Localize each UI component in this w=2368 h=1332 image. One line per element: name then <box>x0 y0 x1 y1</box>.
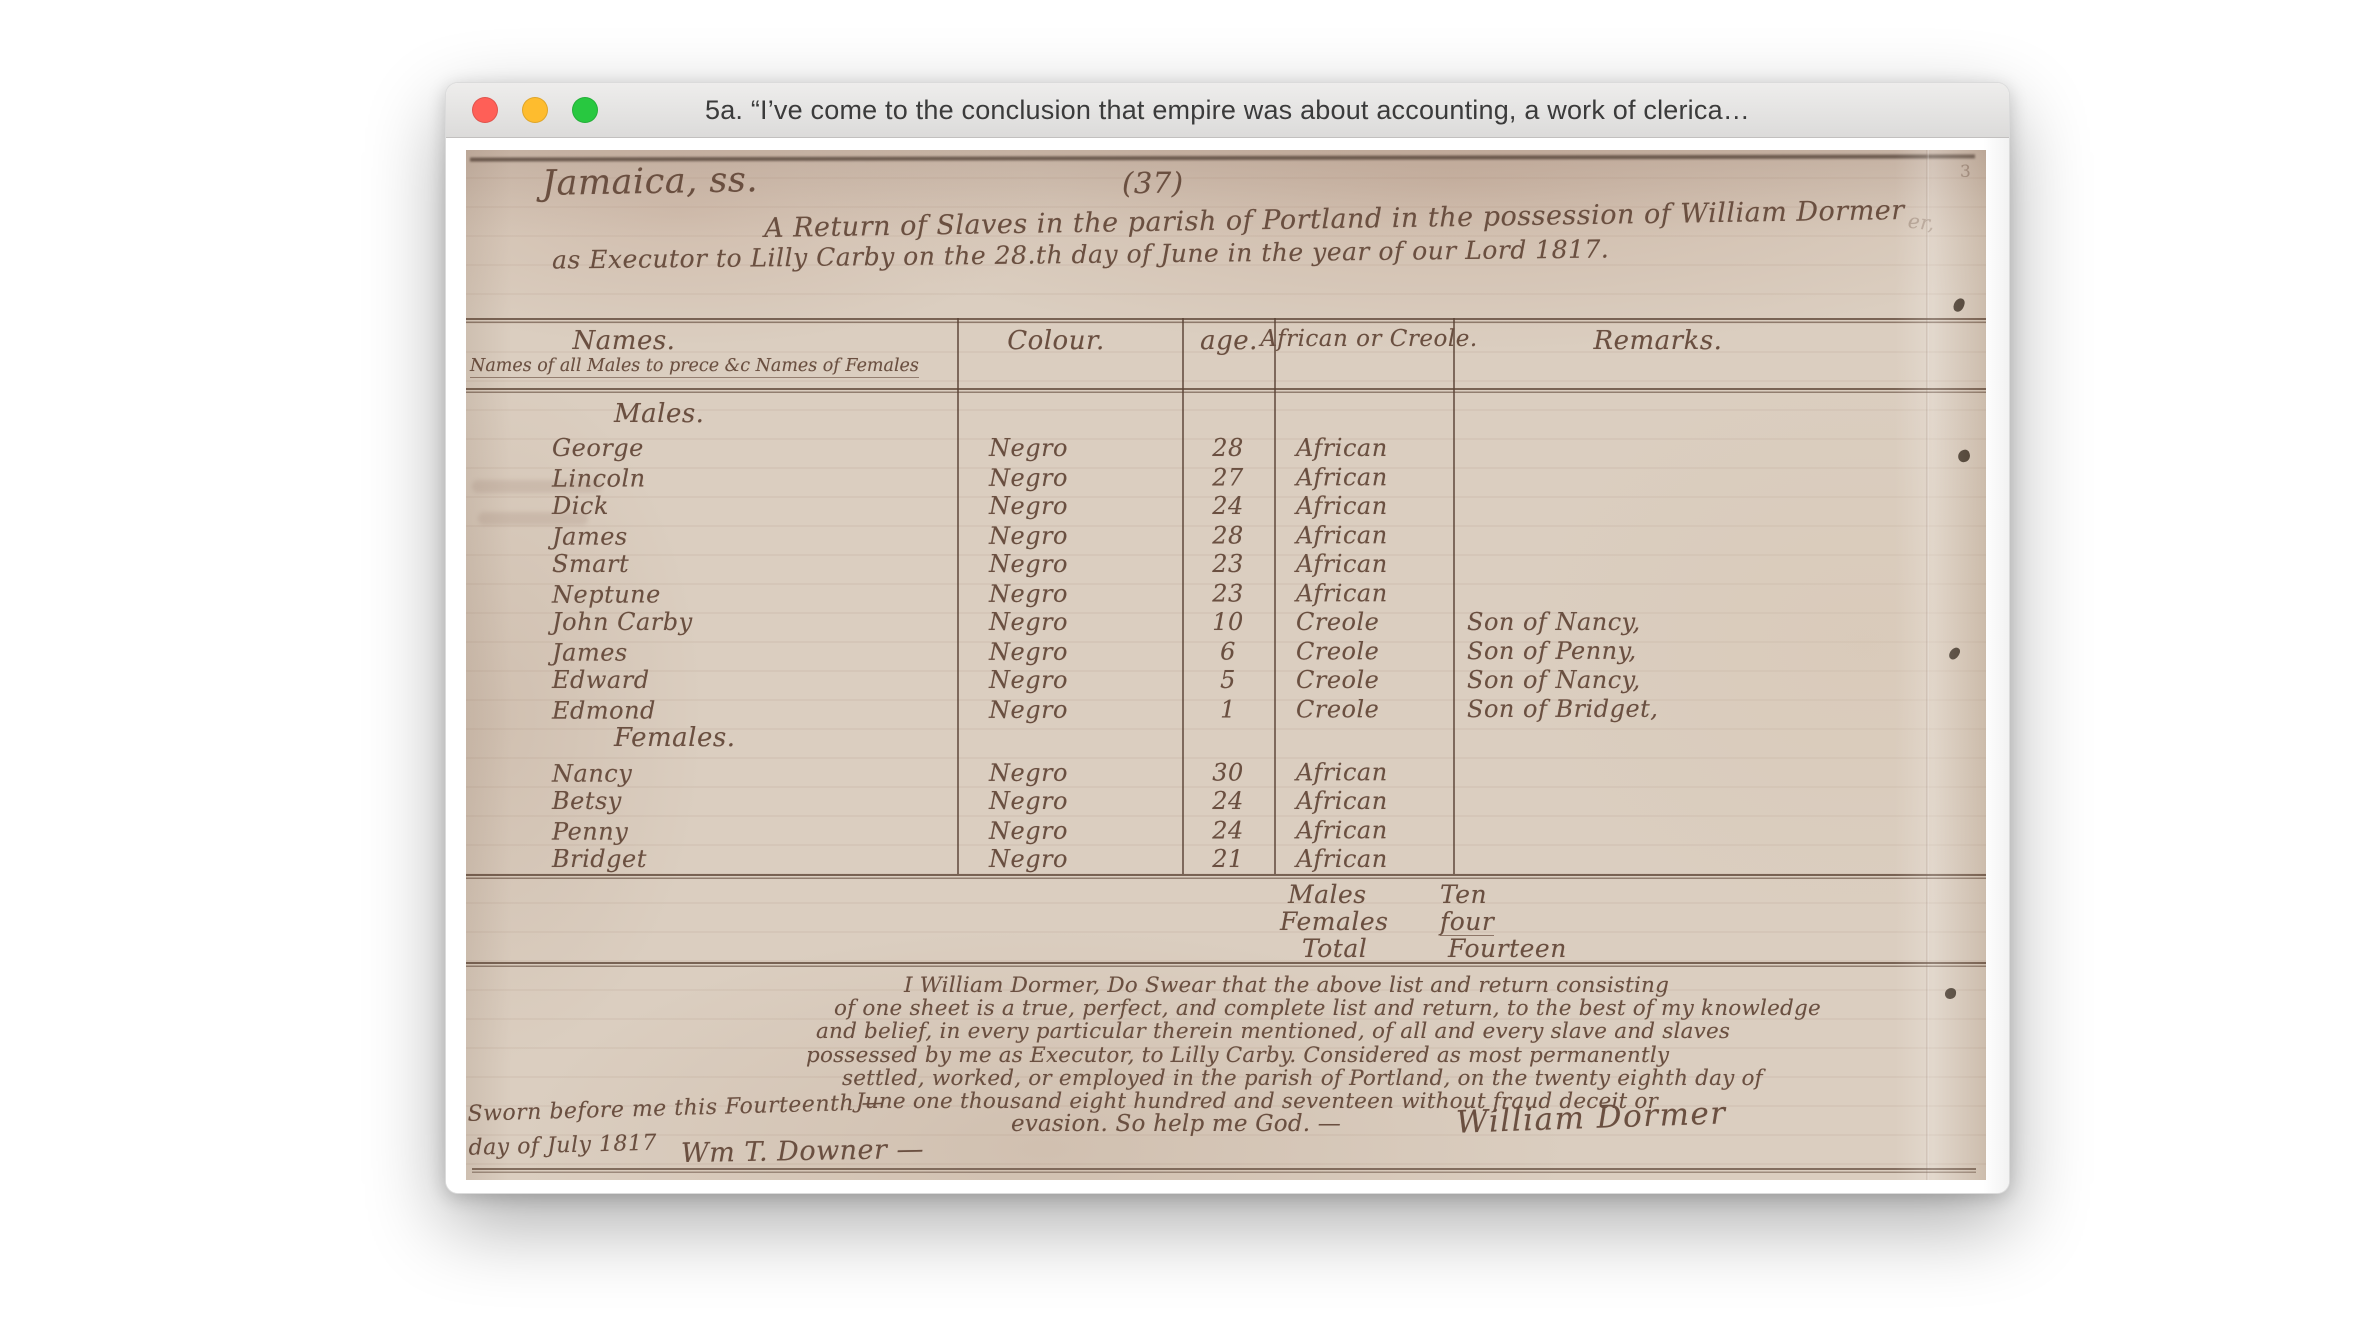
row-remarks: Son of Nancy, <box>1453 666 1986 695</box>
row-name: Smart <box>466 550 957 579</box>
return-title-line1: A Return of Slaves in the parish of Port… <box>764 195 1905 244</box>
zoom-button[interactable] <box>572 97 598 123</box>
row-remarks: Son of Bridget, <box>1453 694 1986 724</box>
table-row: JamesNegro6CreoleSon of Penny, <box>466 636 1986 668</box>
table-row: NeptuneNegro23African <box>466 578 1986 610</box>
binding-ink-mark <box>1957 449 1972 464</box>
row-age: 28 <box>1182 521 1274 550</box>
row-origin: African <box>1274 845 1453 874</box>
deponent-signature: William Dormer <box>1455 1095 1727 1140</box>
row-name: James <box>466 638 957 668</box>
row-remarks <box>1453 815 1986 845</box>
row-colour: Negro <box>957 492 1182 521</box>
document-viewer-window: 5a. “I’ve come to the conclusion that em… <box>445 82 2010 1194</box>
row-colour: Negro <box>957 787 1182 816</box>
row-name: Dick <box>466 492 957 521</box>
bleedthrough-smudge <box>478 512 588 525</box>
row-age: 23 <box>1182 550 1274 579</box>
section-label: Males. <box>466 400 1986 428</box>
column-header-colour: Colour. <box>1007 326 1105 356</box>
table-row: BridgetNegro21African <box>466 845 1986 874</box>
row-age: 5 <box>1182 666 1274 695</box>
row-name: Edward <box>466 666 957 695</box>
names-order-note: Names of all Males to prece &c Names of … <box>470 356 919 378</box>
row-origin: African <box>1274 521 1453 550</box>
desktop-background: 5a. “I’ve come to the conclusion that em… <box>0 0 2368 1332</box>
row-origin: African <box>1274 579 1453 608</box>
table-row: LincolnNegro27African <box>466 462 1986 494</box>
sworn-before-line2: day of July 1817 <box>468 1124 885 1161</box>
oath-line: June one thousand eight hundred and seve… <box>856 1090 1986 1113</box>
row-origin: African <box>1274 434 1453 463</box>
row-remarks <box>1453 434 1986 463</box>
table-row: JamesNegro28African <box>466 520 1986 552</box>
row-age: 24 <box>1182 492 1274 521</box>
row-name: George <box>466 434 957 463</box>
summary-rule-bottom <box>466 962 1986 968</box>
summary-value: four <box>1440 909 1494 937</box>
attestation-block: Sworn before me this Fourteenth — day of… <box>467 1090 885 1161</box>
row-name: Nancy <box>466 759 957 789</box>
row-age: 27 <box>1182 463 1274 492</box>
summary-block: MalesTenFemalesfourTotalFourteen <box>1288 882 1567 963</box>
row-colour: Negro <box>957 696 1182 725</box>
column-header-age: age. <box>1200 326 1258 356</box>
summary-row: MalesTen <box>1288 882 1567 909</box>
summary-value: Ten <box>1440 882 1487 909</box>
binding-ink-mark <box>1947 646 1961 662</box>
column-header-names: Names. <box>573 326 676 356</box>
row-colour: Negro <box>957 666 1182 695</box>
row-colour: Negro <box>957 434 1182 463</box>
binding-ink-mark <box>1945 988 1957 1000</box>
scanned-document-page: er, 3 Jamaica, ss. (37) A Return of Slav… <box>466 150 1986 1180</box>
row-remarks <box>1453 520 1986 550</box>
minimize-button[interactable] <box>522 97 548 123</box>
oath-line: of one sheet is a true, perfect, and com… <box>834 997 1986 1020</box>
row-origin: Creole <box>1274 608 1453 637</box>
row-origin: African <box>1274 492 1453 521</box>
row-remarks <box>1453 550 1986 579</box>
page-bottom-rule <box>472 1168 1976 1174</box>
oath-line: settled, worked, or employed in the pari… <box>842 1067 1986 1090</box>
paper-crease <box>1926 150 1929 1180</box>
row-origin: African <box>1274 787 1453 816</box>
row-name: Penny <box>466 817 957 847</box>
row-origin: Creole <box>1274 637 1453 666</box>
row-name: Bridget <box>466 845 957 874</box>
column-header-origin: African or Creole. <box>1260 326 1477 352</box>
row-age: 24 <box>1182 787 1274 816</box>
scan-edge-line <box>470 154 1975 161</box>
summary-label: Males <box>1288 882 1440 909</box>
row-name: John Carby <box>466 608 957 637</box>
section-label: Females. <box>466 724 1986 752</box>
row-origin: African <box>1274 816 1453 845</box>
row-colour: Negro <box>957 522 1182 551</box>
table-row: DickNegro24African <box>466 492 1986 521</box>
row-colour: Negro <box>957 638 1182 667</box>
row-remarks <box>1453 492 1986 521</box>
table-row: EdwardNegro5CreoleSon of Nancy, <box>466 666 1986 695</box>
row-colour: Negro <box>957 580 1182 609</box>
row-age: 10 <box>1182 608 1274 637</box>
summary-label: Females <box>1280 909 1440 937</box>
row-remarks <box>1453 462 1986 492</box>
row-colour: Negro <box>957 817 1182 846</box>
table-row: John CarbyNegro10CreoleSon of Nancy, <box>466 608 1986 637</box>
window-content: er, 3 Jamaica, ss. (37) A Return of Slav… <box>446 138 2009 1193</box>
oath-paragraph: I William Dormer, Do Swear that the abov… <box>466 974 1986 1136</box>
row-remarks <box>1453 578 1986 608</box>
column-header-remarks: Remarks. <box>1594 326 1723 356</box>
column-divider <box>1453 318 1455 874</box>
window-title: 5a. “I’ve come to the conclusion that em… <box>446 95 2009 126</box>
column-divider <box>1182 318 1184 874</box>
bleedthrough-text: er, <box>1907 209 1936 236</box>
witness-signature: Wm T. Downer — <box>681 1134 925 1169</box>
bleedthrough-smudge <box>472 480 602 493</box>
paper-top-stain <box>466 150 1986 238</box>
binding-ink-mark <box>1952 297 1966 314</box>
row-age: 30 <box>1182 758 1274 787</box>
row-name: Edmond <box>466 696 957 726</box>
row-origin: African <box>1274 550 1453 579</box>
row-name: Lincoln <box>466 464 957 494</box>
return-title-line2: as Executor to Lilly Carby on the 28.th … <box>552 234 1610 274</box>
table-row: EdmondNegro1CreoleSon of Bridget, <box>466 694 1986 726</box>
row-remarks <box>1453 845 1986 874</box>
row-age: 6 <box>1182 637 1274 666</box>
row-age: 21 <box>1182 845 1274 874</box>
table-row: NancyNegro30African <box>466 757 1986 789</box>
row-origin: Creole <box>1274 666 1453 695</box>
row-remarks <box>1453 787 1986 816</box>
summary-row: Femalesfour <box>1288 909 1567 937</box>
row-remarks: Son of Penny, <box>1453 636 1986 666</box>
table-row: PennyNegro24African <box>466 815 1986 847</box>
oath-line: and belief, in every particular therein … <box>816 1020 1986 1043</box>
row-origin: Creole <box>1274 695 1453 724</box>
window-titlebar[interactable]: 5a. “I’ve come to the conclusion that em… <box>446 83 2009 138</box>
region-heading: Jamaica, ss. <box>542 160 759 204</box>
row-origin: African <box>1274 758 1453 787</box>
table-rule-header <box>466 388 1986 394</box>
column-divider <box>1274 318 1276 874</box>
row-age: 28 <box>1182 434 1274 463</box>
row-name: James <box>466 522 957 552</box>
row-name: Neptune <box>466 580 957 610</box>
folio-number: (37) <box>1122 166 1184 200</box>
row-colour: Negro <box>957 464 1182 493</box>
row-name: Betsy <box>466 787 957 816</box>
oath-line: evasion. So help me God. — <box>1011 1113 1986 1136</box>
sworn-before-line1: Sworn before me this Fourteenth — <box>467 1090 884 1127</box>
row-remarks: Son of Nancy, <box>1453 608 1986 637</box>
column-divider <box>957 318 959 874</box>
row-age: 1 <box>1182 695 1274 724</box>
row-age: 24 <box>1182 816 1274 845</box>
table-body: Males.GeorgeNegro28AfricanLincolnNegro27… <box>466 400 1986 874</box>
row-colour: Negro <box>957 759 1182 788</box>
summary-value: Fourteen <box>1448 936 1567 963</box>
table-row: GeorgeNegro28African <box>466 434 1986 463</box>
row-age: 23 <box>1182 579 1274 608</box>
traffic-light-controls <box>472 97 598 123</box>
close-button[interactable] <box>472 97 498 123</box>
row-colour: Negro <box>957 608 1182 637</box>
summary-label: Total <box>1302 936 1448 963</box>
table-row: SmartNegro23African <box>466 550 1986 579</box>
row-colour: Negro <box>957 845 1182 874</box>
oath-line: I William Dormer, Do Swear that the abov… <box>904 974 1986 997</box>
oath-line: possessed by me as Executor, to Lilly Ca… <box>806 1044 1986 1067</box>
row-colour: Negro <box>957 550 1182 579</box>
table-rule-bottom <box>466 874 1986 880</box>
row-origin: African <box>1274 463 1453 492</box>
table-rule-top <box>466 318 1986 324</box>
summary-row: TotalFourteen <box>1288 936 1567 963</box>
table-row: BetsyNegro24African <box>466 787 1986 816</box>
row-remarks <box>1453 757 1986 787</box>
page-corner-number: 3 <box>1960 162 1971 182</box>
